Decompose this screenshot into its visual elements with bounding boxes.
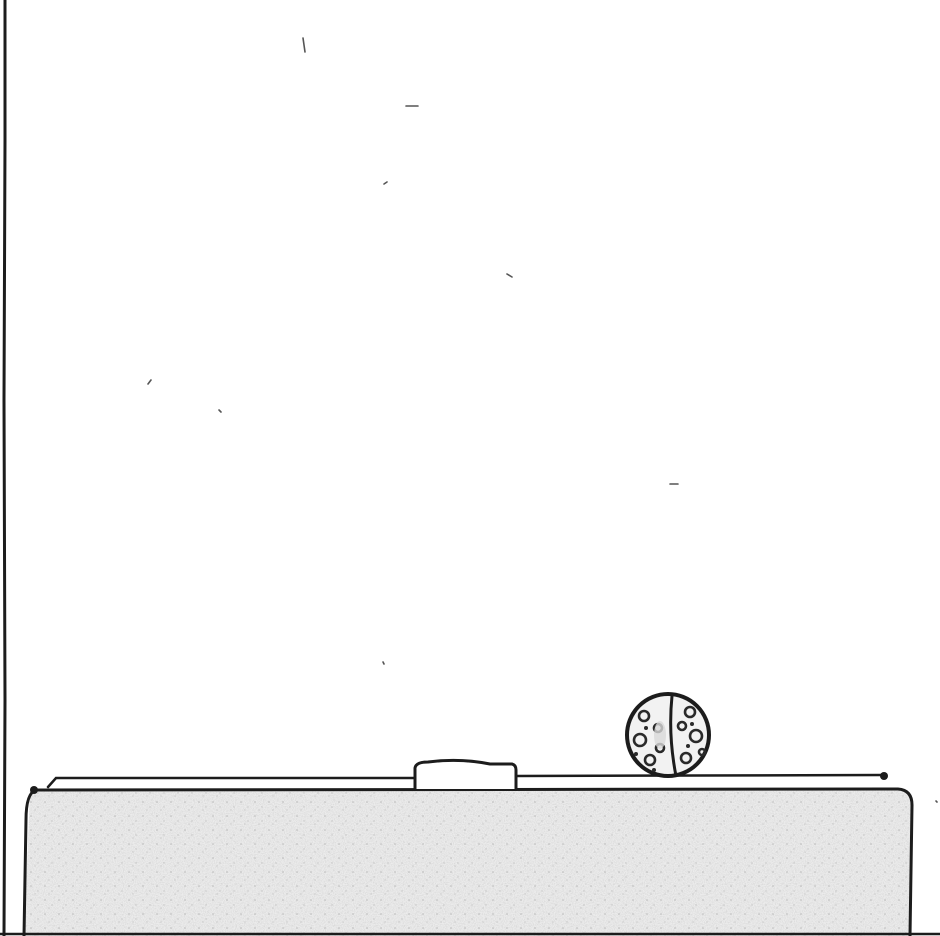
walnut-icon[interactable] (627, 694, 709, 776)
platform-bump[interactable] (415, 760, 516, 789)
pencil-marks (148, 38, 937, 802)
left-wall (4, 0, 5, 936)
ground-platform[interactable] (0, 789, 940, 936)
game-scene (0, 0, 940, 936)
